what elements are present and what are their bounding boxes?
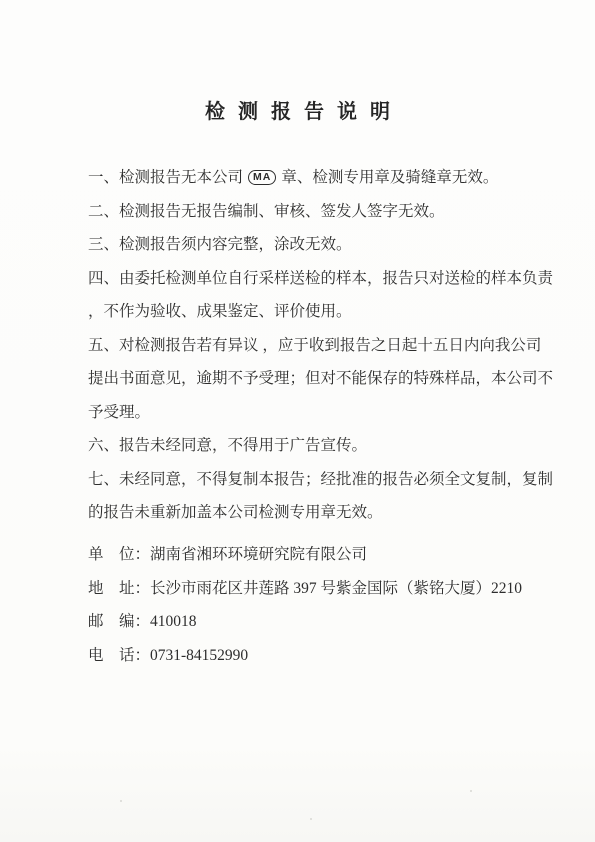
note-item-6: 六、报告未经同意，不得用于广告宣传。 — [88, 429, 518, 463]
contact-label: 地 址： — [88, 572, 150, 606]
note-line: 一、检测报告无本公司MA章、检测专用章及骑缝章无效。 — [88, 161, 518, 195]
contact-value-zipcode: 410018 — [150, 613, 197, 630]
contact-row-unit: 单 位：湖南省湘环环境研究院有限公司 — [88, 538, 518, 572]
note-text: 予受理。 — [88, 396, 518, 430]
note-text: ，不作为验收、成果鉴定、评价使用。 — [88, 295, 518, 329]
note-text: 提出书面意见，逾期不予受理；但对不能保存的特殊样品，本公司不 — [88, 362, 518, 396]
notes-list: 一、检测报告无本公司MA章、检测专用章及骑缝章无效。 二、检测报告无报告编制、审… — [88, 161, 518, 530]
note-item-1: 一、检测报告无本公司MA章、检测专用章及骑缝章无效。 — [88, 161, 518, 195]
contact-value-company: 湖南省湘环环境研究院有限公司 — [150, 546, 367, 563]
contact-label: 邮 编： — [88, 605, 150, 639]
contact-row-address: 地 址：长沙市雨花区井莲路 397 号紫金国际（紫铭大厦）2210 — [88, 572, 518, 606]
note-item-4: 四、由委托检测单位自行采样送检的样本，报告只对送检的样本负责 ，不作为验收、成果… — [88, 262, 518, 329]
note-text: 七、未经同意，不得复制本报告；经批准的报告必须全文复制，复制 — [88, 463, 518, 497]
note-text: 四、由委托检测单位自行采样送检的样本，报告只对送检的样本负责 — [88, 262, 518, 296]
note-text: 二、检测报告无报告编制、审核、签发人签字无效。 — [88, 195, 518, 229]
contact-label: 电 话： — [88, 639, 150, 673]
cma-mark-icon: MA — [248, 170, 276, 185]
note-item-7: 七、未经同意，不得复制本报告；经批准的报告必须全文复制，复制 的报告未重新加盖本… — [88, 463, 518, 530]
note-text: 的报告未重新加盖本公司检测专用章无效。 — [88, 496, 518, 530]
contact-row-phone: 电 话：0731-84152990 — [88, 639, 518, 673]
page-title: 检测报告说明 — [0, 95, 595, 124]
contact-label: 单 位： — [88, 538, 150, 572]
note-item-3: 三、检测报告须内容完整，涂改无效。 — [88, 228, 518, 262]
note-text: 六、报告未经同意，不得用于广告宣传。 — [88, 429, 518, 463]
report-instructions-page: 检测报告说明 一、检测报告无本公司MA章、检测专用章及骑缝章无效。 二、检测报告… — [0, 0, 595, 842]
scan-speck — [310, 818, 312, 820]
note-text: 五、对检测报告若有异议 ，应于收到报告之日起十五日内向我公司 — [88, 329, 518, 363]
note-item-5: 五、对检测报告若有异议 ，应于收到报告之日起十五日内向我公司 提出书面意见，逾期… — [88, 329, 518, 430]
note-text: 三、检测报告须内容完整，涂改无效。 — [88, 228, 518, 262]
note-text: 章、检测专用章及骑缝章无效。 — [281, 169, 498, 186]
contact-row-zipcode: 邮 编：410018 — [88, 605, 518, 639]
scan-speck — [120, 800, 122, 802]
scan-speck — [470, 790, 472, 792]
contact-block: 单 位：湖南省湘环环境研究院有限公司 地 址：长沙市雨花区井莲路 397 号紫金… — [88, 538, 518, 672]
contact-value-phone: 0731-84152990 — [150, 647, 248, 664]
note-text: 一、检测报告无本公司 — [88, 169, 243, 186]
note-item-2: 二、检测报告无报告编制、审核、签发人签字无效。 — [88, 195, 518, 229]
contact-value-address: 长沙市雨花区井莲路 397 号紫金国际（紫铭大厦）2210 — [150, 580, 522, 597]
